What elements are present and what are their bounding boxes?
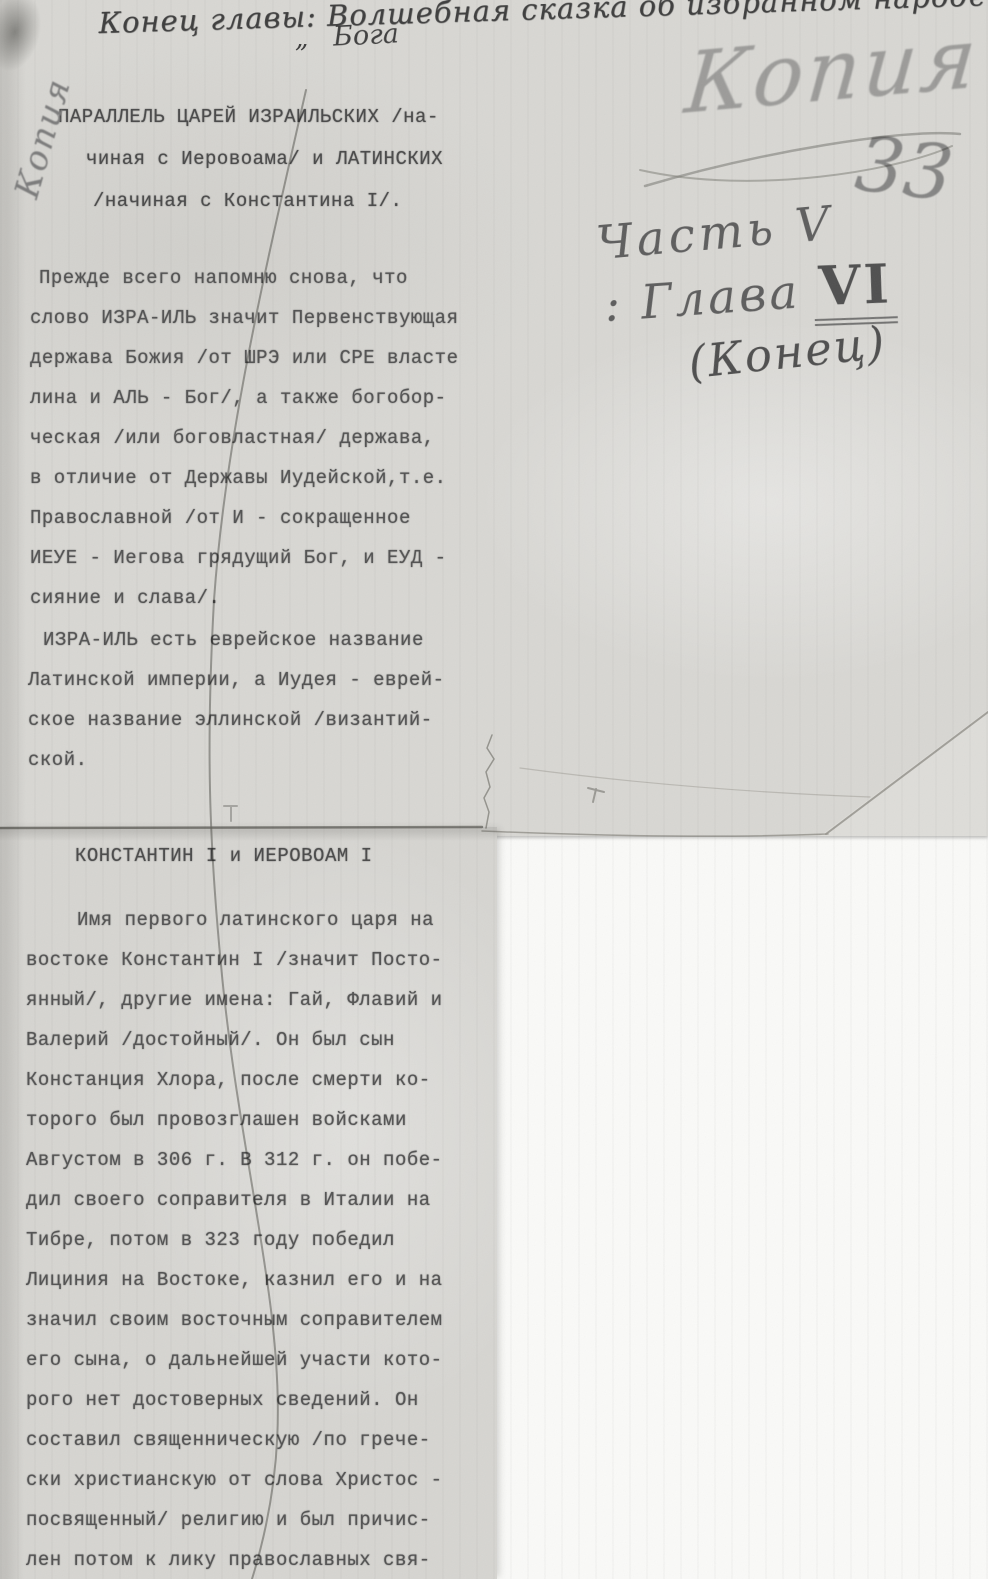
typed-line: ПАРАЛЛЕЛЬ ЦАРЕЙ ИЗРАИЛЬСКИХ /на-: [58, 96, 443, 138]
typed-line: Августом в 306 г. В 312 г. он побе-: [26, 1140, 443, 1180]
typed-line: /начиная с Константина I/.: [58, 180, 443, 222]
typed-line: лина и АЛЬ - Бог/, а также богобор-: [30, 378, 458, 418]
typed-paragraph-3: Имя первого латинского царя навостоке Ко…: [26, 900, 443, 1579]
typed-line: ческая /или боговластная/ держава,: [30, 418, 458, 458]
typed-line: ской.: [28, 740, 445, 780]
typed-line: Прежде всего напомню снова, что: [30, 258, 458, 298]
scanned-manuscript-page: ПАРАЛЛЕЛЬ ЦАРЕЙ ИЗРАИЛЬСКИХ /на-чиная с …: [0, 0, 988, 1579]
typed-line: посвященный/ религию и был причис-: [26, 1500, 443, 1540]
typed-line: ское название эллинской /византий-: [28, 700, 445, 740]
typed-line: янный/, другие имена: Гай, Флавий и: [26, 980, 443, 1020]
typed-line: составил священническую /по грече-: [26, 1420, 443, 1460]
typed-line: ИЕУЕ - Иегова грядущий Бог, и ЕУД -: [30, 538, 458, 578]
typed-line: дил своего соправителя в Италии на: [26, 1180, 443, 1220]
typed-paragraph-2: ИЗРА-ИЛЬ есть еврейское названиеЛатинско…: [28, 620, 445, 780]
typed-line: его сына, о дальнейшей участи кото-: [26, 1340, 443, 1380]
typed-line: держава Божия /от ШРЭ или СРЕ власте: [30, 338, 458, 378]
typed-line: торого был провозглашен войсками: [26, 1100, 443, 1140]
section-heading: КОНСТАНТИН I и ИЕРОВОАМ I: [75, 845, 373, 867]
typed-line: сияние и слава/.: [30, 578, 458, 618]
typed-line: лен потом к лику православных свя-: [26, 1540, 443, 1579]
typed-paragraph-1: Прежде всего напомню снова, чтослово ИЗР…: [30, 258, 458, 618]
typed-line: чиная с Иеровоама/ и ЛАТИНСКИХ: [58, 138, 443, 180]
typed-line: Имя первого латинского царя на: [26, 900, 443, 940]
typed-line: слово ИЗРА-ИЛЬ значит Первенствующая: [30, 298, 458, 338]
typed-line: в отличие от Державы Иудейской,т.е.: [30, 458, 458, 498]
typed-line: ски христианскую от слова Христос -: [26, 1460, 443, 1500]
typed-line: востоке Константин I /значит Посто-: [26, 940, 443, 980]
typed-line: значил своим восточным соправителем: [26, 1300, 443, 1340]
typed-line: ИЗРА-ИЛЬ есть еврейское название: [28, 620, 445, 660]
typed-line: Констанция Хлора, после смерти ко-: [26, 1060, 443, 1100]
typed-line: Валерий /достойный/. Он был сын: [26, 1020, 443, 1060]
typed-line: Латинской империи, а Иудея - еврей-: [28, 660, 445, 700]
typed-line: рого нет достоверных сведений. Он: [26, 1380, 443, 1420]
typed-line: Православной /от И - сокращенное: [30, 498, 458, 538]
typed-line: Лициния на Востоке, казнил его и на: [26, 1260, 443, 1300]
typed-title: ПАРАЛЛЕЛЬ ЦАРЕЙ ИЗРАИЛЬСКИХ /на-чиная с …: [58, 96, 443, 222]
typed-line: Тибре, потом в 323 году победил: [26, 1220, 443, 1260]
